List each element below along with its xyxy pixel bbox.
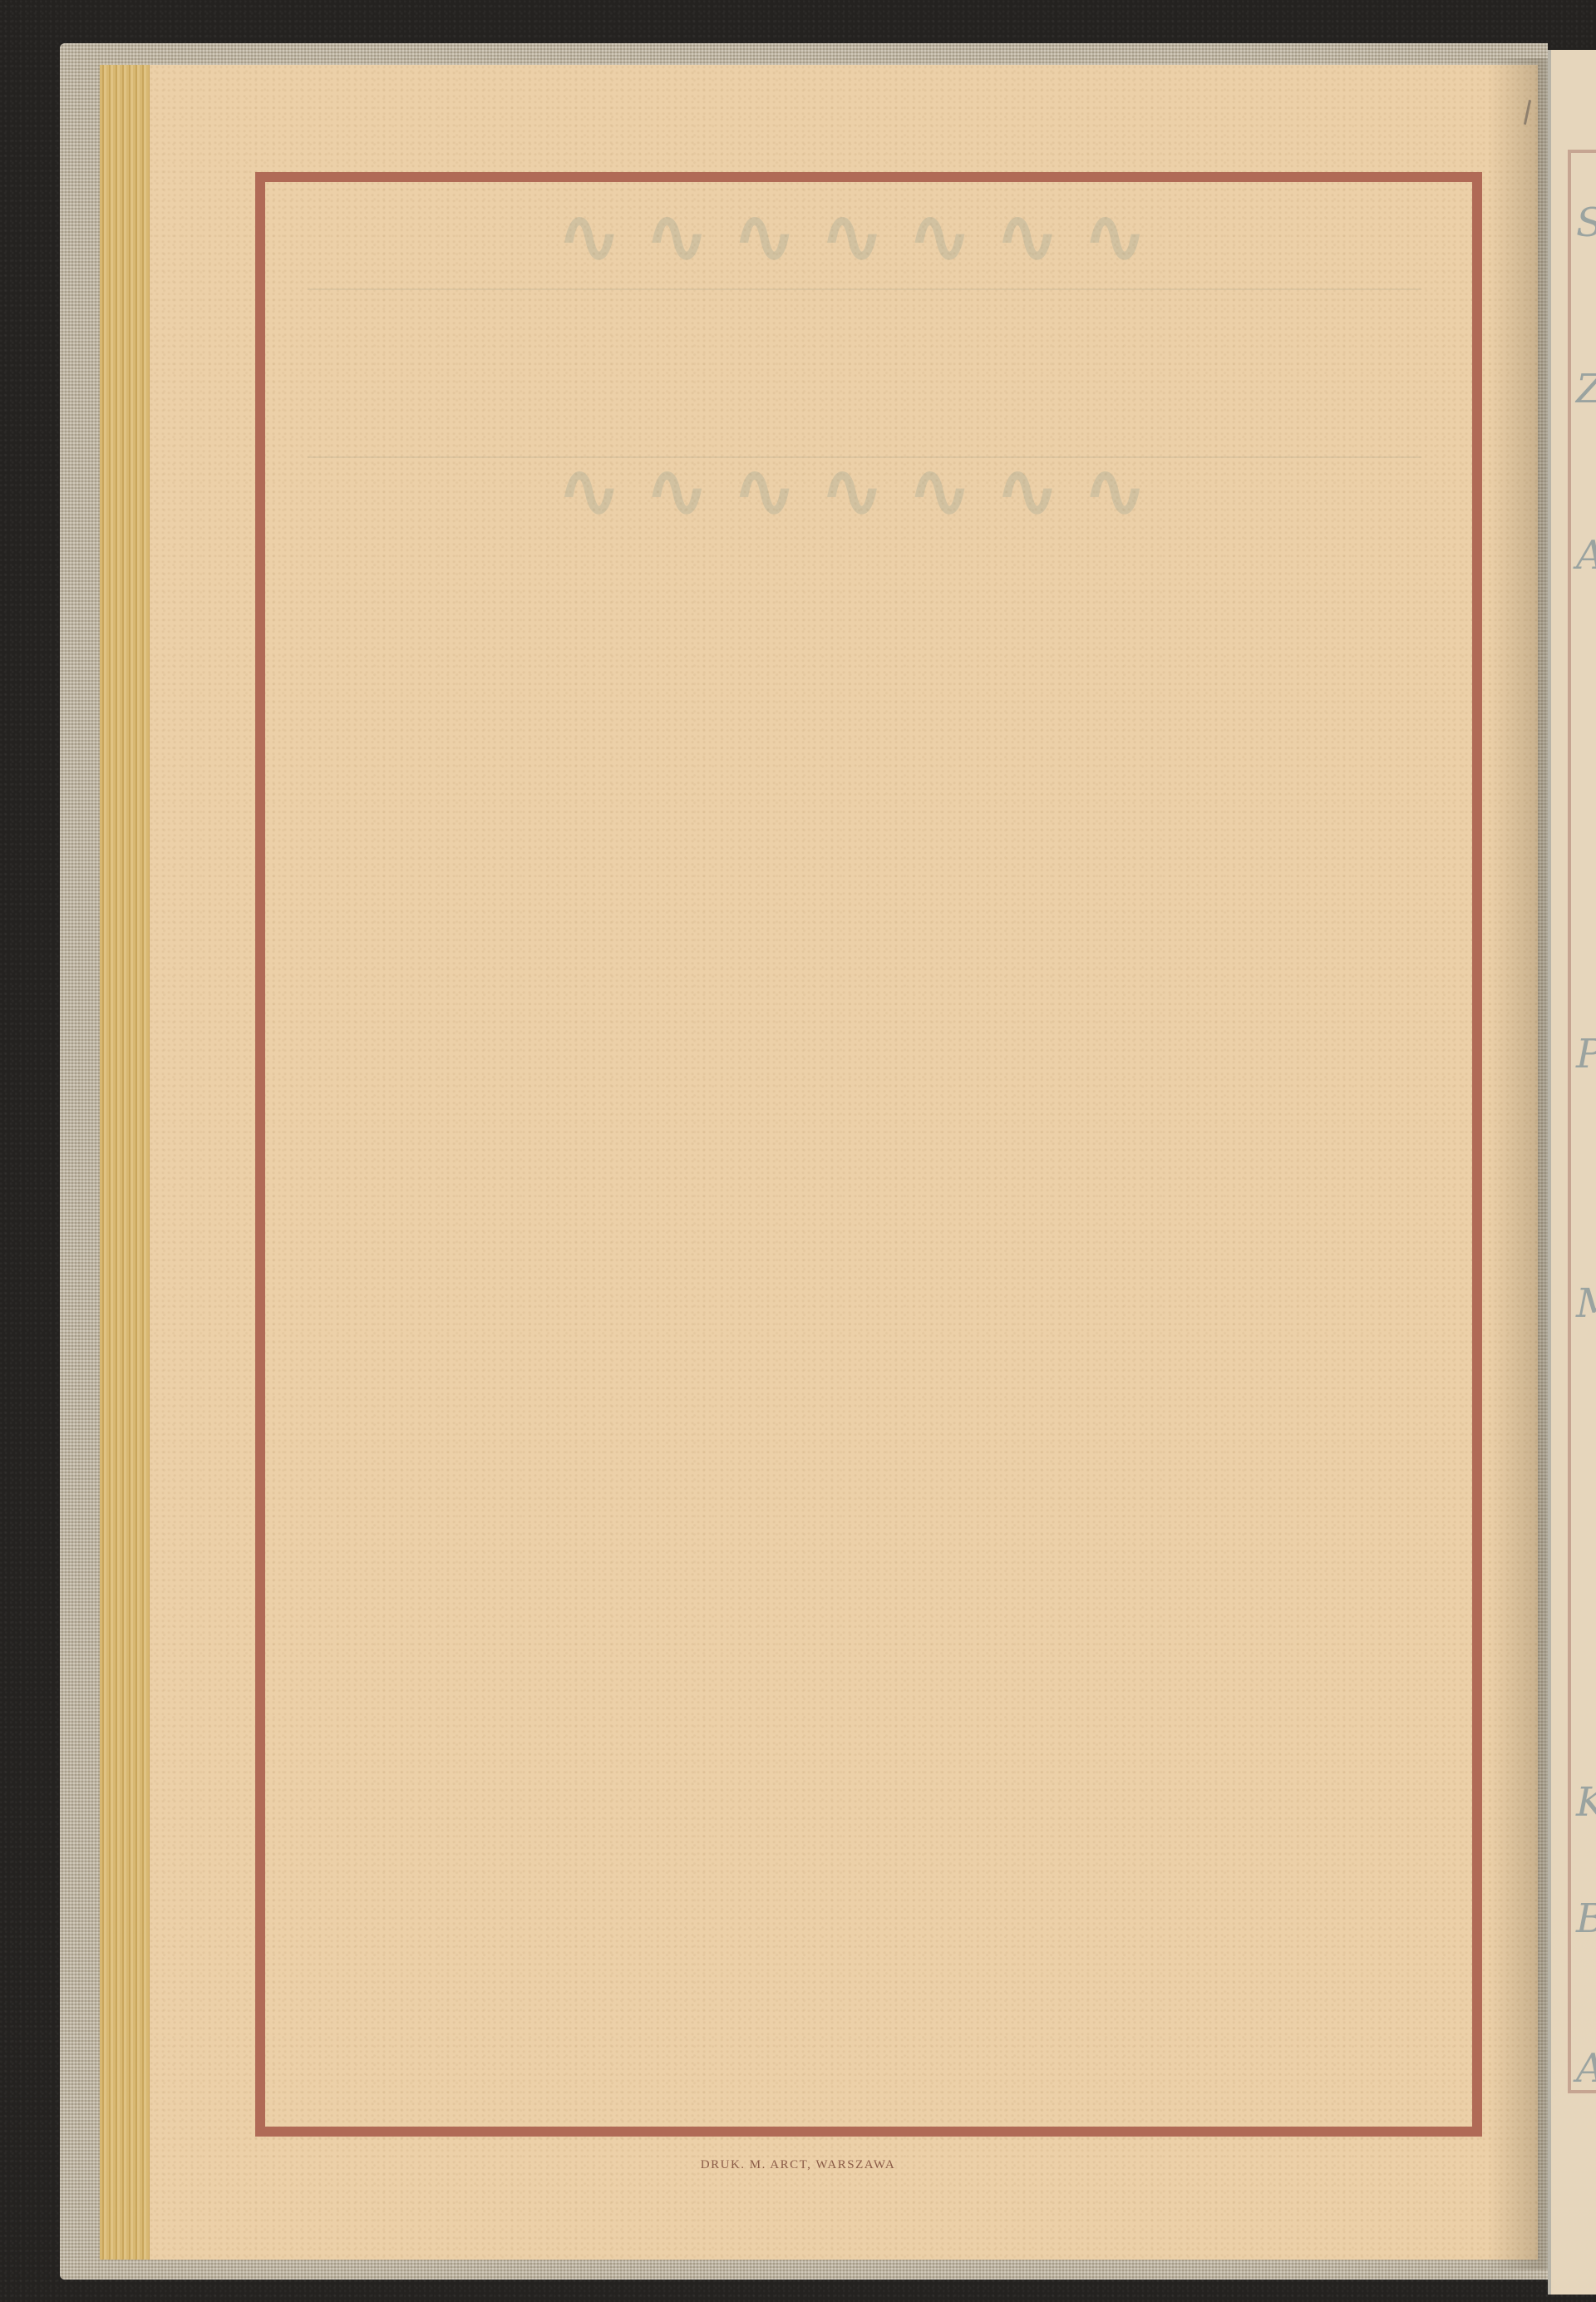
printer-imprint: DRUK. M. ARCT, WARSZAWA (0, 2158, 1596, 2172)
next-page-glyph: K (1576, 1779, 1596, 1826)
next-page-glyph: M (1576, 1280, 1596, 1327)
next-page-glyph: P (1576, 1031, 1596, 1077)
next-page-glyph: A (1576, 532, 1596, 579)
next-page-glyph: Z (1576, 366, 1596, 412)
page-edges (100, 65, 151, 2260)
next-page-glyph: B (1576, 1895, 1596, 1942)
next-page-glyph: A (1576, 2045, 1596, 2092)
page-border-frame (255, 172, 1482, 2137)
next-page-glyph: S (1576, 200, 1596, 246)
next-page-edge: S Z A P M K B A (1548, 50, 1596, 2295)
